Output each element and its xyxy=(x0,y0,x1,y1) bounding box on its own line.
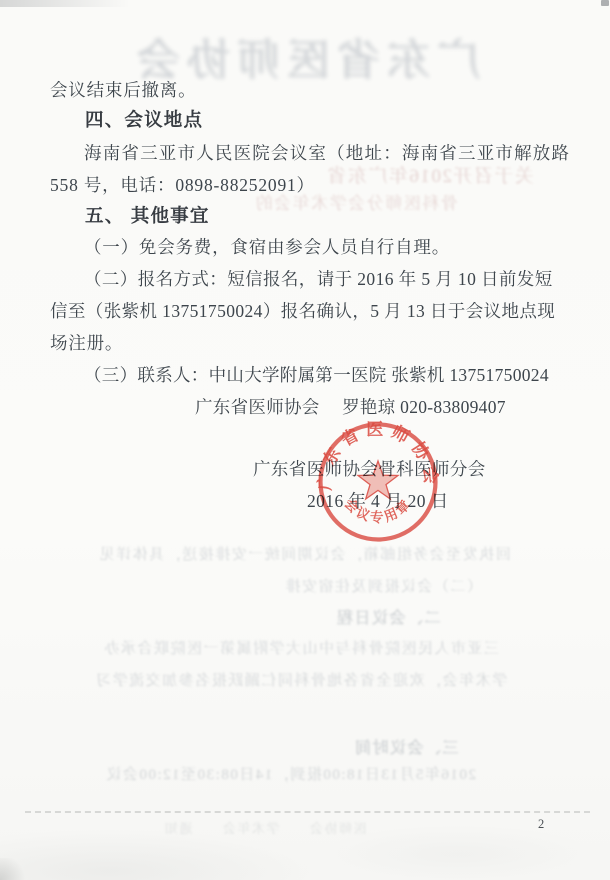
scan-mark-top-right xyxy=(601,0,609,6)
bleedthrough-line: （二）会议报到及住宿安排 xyxy=(252,575,514,596)
official-seal-stamp: 广东省医师协会 会议专用章 xyxy=(303,407,453,557)
bleedthrough-line: 二、会议日程 xyxy=(313,605,463,628)
seal-bottom-text: 会议专用章 xyxy=(342,495,415,525)
bleedthrough-line: 学术年会，欢迎全省各地骨科同仁踊跃报名参加交流学习 xyxy=(40,669,562,690)
scan-smudge-bottom-left xyxy=(0,858,26,880)
seal-star-icon xyxy=(358,461,398,499)
section-heading-location: 四、会议地点 xyxy=(85,106,203,132)
paragraph-closing: 会议结束后撤离。 xyxy=(50,77,196,102)
section-heading-other: 五、 其他事宜 xyxy=(85,202,210,228)
location-line-1: 海南省三亚市人民医院会议室（地址：海南省三亚市解放路 xyxy=(84,140,570,165)
document-page: 广东省医师协会 关于召开2016年广东省 骨科医师分会学术年会的 回执发至会务组… xyxy=(0,0,610,880)
other-item-1: （一）免会务费，食宿由参会人员自行自理。 xyxy=(84,234,450,259)
svg-text:会议专用章: 会议专用章 xyxy=(342,495,415,525)
location-line-2: 558 号，电话：0898-88252091） xyxy=(50,172,315,197)
contact-line-1: （三）联系人：中山大学附属第一医院 张紫机 13751750024 xyxy=(84,362,549,387)
bleedthrough-line: 三亚市人民医院骨科与中山大学附属第一医院联合承办 xyxy=(52,637,550,658)
scan-fold-line xyxy=(25,811,590,813)
other-item-2-line-3: 场注册。 xyxy=(50,330,123,355)
page-number: 2 xyxy=(538,817,544,832)
bleedthrough-line: 2016年5月13日18:00报到，14日08:30至12:00会议 xyxy=(58,763,523,784)
bleedthrough-line: 关于召开2016年广东省 xyxy=(298,161,562,188)
bleedthrough-line: 医师协会 学术年会 通知 xyxy=(55,818,475,837)
scan-smudge-top-left xyxy=(0,0,130,7)
other-item-2-line-1: （二）报名方式：短信报名，请于 2016 年 5 月 10 日前发短 xyxy=(84,266,553,291)
bleedthrough-line: 三、会议时间 xyxy=(332,735,480,758)
other-item-2-line-2: 信至（张紫机 13751750024）报名确认，5 月 13 日于会议地点现 xyxy=(50,298,555,323)
